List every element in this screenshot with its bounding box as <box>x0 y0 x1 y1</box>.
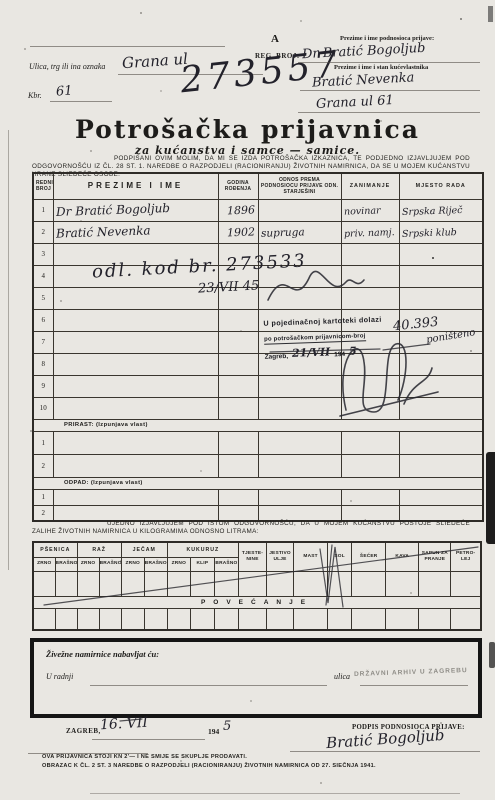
empty-cell <box>53 309 218 331</box>
empty-cell <box>144 571 167 596</box>
empty-cell <box>218 375 258 397</box>
empty-cell <box>399 397 483 419</box>
empty-cell <box>399 454 483 477</box>
col-tjestenine: TJESTE-NINE <box>238 542 266 571</box>
person-row: 2 Bratić Nevenka 1902 supruga priv. namj… <box>33 221 483 243</box>
supplies-row <box>33 571 481 596</box>
empty-cell <box>258 397 341 419</box>
person-workplace-handwriting: Srpska Riječ <box>401 205 462 218</box>
empty-cell <box>218 397 258 419</box>
supplies-declaration: UJEDNO IZJAVLJUJEM POD ISTOM ODGOVORNOŠĆ… <box>32 520 470 536</box>
sub-zrno: ZRNO <box>77 557 99 571</box>
empty-cell <box>341 431 399 454</box>
empty-cell <box>218 505 258 521</box>
empty-cell <box>386 608 419 630</box>
applicant-signature-handwriting: Bratić Bogoljub <box>326 726 445 752</box>
sub-zrno: ZRNO <box>33 557 55 571</box>
procurement-intro: Živežne namirnice nabavljat ću: <box>46 649 159 659</box>
person-workplace-handwriting: Srpski klub <box>401 227 456 240</box>
empty-cell <box>419 608 451 630</box>
row-number: 2 <box>33 454 53 477</box>
empty-cell <box>99 608 121 630</box>
empty-cell <box>386 571 419 596</box>
empty-cell <box>258 489 341 505</box>
scan-noise <box>0 0 2 2</box>
empty-cell <box>121 571 144 596</box>
empty-cell <box>77 608 99 630</box>
row-number: 4 <box>33 265 53 287</box>
empty-cell <box>214 608 238 630</box>
header-redni-broj: REDNI BROJ <box>33 173 53 199</box>
header-mjesto-rada: MJESTO RADA <box>399 173 483 199</box>
office-note-date-handwriting: 23/VII 45 <box>198 278 260 296</box>
empty-cell <box>33 571 55 596</box>
empty-cell <box>53 397 218 419</box>
empty-cell <box>294 608 328 630</box>
empty-cell <box>218 454 258 477</box>
kbr-value-handwriting: 61 <box>55 83 73 99</box>
empty-cell <box>451 571 481 596</box>
empty-cell <box>341 454 399 477</box>
ulica-label: ulica <box>334 672 350 681</box>
empty-cell <box>267 608 294 630</box>
footer-city-label: ZAGREB, <box>66 727 101 735</box>
sub-brasno: BRAŠNO <box>214 557 238 571</box>
empty-cell <box>53 353 218 375</box>
odpad-row: 2 <box>33 505 483 521</box>
empty-cell <box>294 571 328 596</box>
group-psenica: PŠENICA <box>33 542 77 557</box>
empty-cell <box>267 571 294 596</box>
row-number: 2 <box>33 221 53 243</box>
empty-cell <box>55 571 77 596</box>
person-name-handwriting: Bratić Nevenka <box>55 223 150 240</box>
archive-stamp: DRŽAVNI ARHIV U ZAGREBU <box>354 667 468 678</box>
prirast-row: 2 <box>33 454 483 477</box>
col-petrolej: PETRO-LEJ <box>451 542 481 571</box>
row-number: 2 <box>33 505 53 521</box>
empty-cell <box>53 331 218 353</box>
scanned-form-page: Ulica, trg ili ina oznaka Grana ul Kbr. … <box>0 0 495 800</box>
empty-cell <box>238 571 266 596</box>
odpad-section-label: ODPAD: (Izpunjava vlast) <box>33 477 483 489</box>
empty-cell <box>258 375 341 397</box>
empty-cell <box>218 309 258 331</box>
empty-cell <box>53 489 218 505</box>
col-secer: ŠEĆER <box>352 542 386 571</box>
owner-address-line <box>298 112 480 113</box>
supplies-table: PŠENICA RAŽ JEČAM KUKURUZ TJESTE-NINE JE… <box>32 541 482 631</box>
empty-cell <box>55 608 77 630</box>
ulica-line <box>360 685 468 686</box>
person-relation-handwriting: supruga <box>260 226 304 240</box>
owner-address-handwriting: Grana ul 61 <box>316 93 394 112</box>
empty-cell <box>399 243 483 265</box>
empty-cell <box>341 375 399 397</box>
stamp-year: 194 <box>334 351 345 358</box>
empty-cell <box>258 505 341 521</box>
fineprint-regulation: OBRAZAC K ČL. 2 ST. 3 NAREDBE O RAZPODJE… <box>42 763 376 769</box>
supplies-row <box>33 608 481 630</box>
col-mast: MAST <box>294 542 328 571</box>
empty-cell <box>167 571 190 596</box>
form-title: Potrošačka prijavnica <box>0 115 495 144</box>
row-number: 6 <box>33 309 53 331</box>
applicant-line <box>298 62 480 63</box>
row-number: 3 <box>33 243 53 265</box>
empty-cell <box>341 489 399 505</box>
empty-cell <box>53 454 218 477</box>
empty-cell <box>352 571 386 596</box>
empty-cell <box>399 375 483 397</box>
col-kava: KAVA <box>386 542 419 571</box>
sub-brasno: BRAŠNO <box>99 557 121 571</box>
procurement-box: Živežne namirnice nabavljat ću: U radnji… <box>30 638 482 718</box>
empty-cell <box>451 608 481 630</box>
blank-line <box>30 46 225 47</box>
povecanje-band: POVEĆANJE <box>33 596 481 608</box>
section-marker: A <box>271 33 279 45</box>
empty-cell <box>218 353 258 375</box>
empty-cell <box>33 608 55 630</box>
empty-cell <box>167 608 190 630</box>
row-number: 5 <box>33 287 53 309</box>
person-row: 9 <box>33 375 483 397</box>
empty-cell <box>53 505 218 521</box>
col-sapun: SAPUN ZA PRANJE <box>419 542 451 571</box>
empty-cell <box>399 353 483 375</box>
owner-line <box>300 90 480 91</box>
sub-klip: KLIP <box>190 557 214 571</box>
empty-cell <box>341 265 399 287</box>
sub-zrno: ZRNO <box>121 557 144 571</box>
person-name-handwriting: Dr Bratić Bogoljub <box>55 201 169 219</box>
empty-cell <box>341 243 399 265</box>
person-row: 1 Dr Bratić Bogoljub 1896 novinar Srpska… <box>33 199 483 221</box>
bottom-faint-line <box>90 793 460 794</box>
footer-year: 194 <box>208 727 219 736</box>
stamp-line2: po potrošačkom prijavnicom-broj <box>264 333 366 345</box>
header-godina: GODINA ROĐENJA <box>218 173 258 199</box>
group-kukuruz: KUKURUZ <box>167 542 238 557</box>
header-odnos: ODNOS PREMA PODNOSIOCU PRIJAVE ODN. STAR… <box>258 173 341 199</box>
empty-cell <box>399 505 483 521</box>
stamp-year-handwriting: 5 <box>349 345 357 358</box>
row-number: 9 <box>33 375 53 397</box>
empty-cell <box>328 608 352 630</box>
sub-brasno: BRAŠNO <box>144 557 167 571</box>
row-number: 10 <box>33 397 53 419</box>
empty-cell <box>53 375 218 397</box>
scan-artifact-right-mark <box>489 642 495 668</box>
empty-cell <box>190 608 214 630</box>
shop-label: U radnji <box>46 672 73 681</box>
row-number: 1 <box>33 431 53 454</box>
footer-year-handwriting: 5 <box>223 719 231 734</box>
row-number: 1 <box>33 199 53 221</box>
scan-artifact-corner-mark <box>488 6 493 22</box>
footer-date-handwriting: 16. VII <box>100 715 149 733</box>
empty-cell <box>419 571 451 596</box>
shop-line <box>90 685 327 686</box>
group-jecam: JEČAM <box>121 542 167 557</box>
empty-cell <box>99 571 121 596</box>
person-born-handwriting: 1896 <box>220 203 254 217</box>
footer-date-line <box>92 739 205 740</box>
empty-cell <box>258 454 341 477</box>
col-sol: SOL <box>328 542 352 571</box>
empty-cell <box>214 571 238 596</box>
person-occupation-handwriting: priv. namj. <box>343 227 394 240</box>
stamp-date-handwriting: 21/VII <box>292 345 331 359</box>
empty-cell <box>238 608 266 630</box>
scan-artifact-left-line <box>8 130 9 570</box>
applicant-handwriting: Dr Bratić Bogoljub <box>302 41 426 62</box>
prirast-section-label: PRIRAST: (Izpunjava vlast) <box>33 419 483 431</box>
stamp-city: Zagreb, <box>265 353 289 361</box>
empty-cell <box>77 571 99 596</box>
signature-line <box>290 751 480 752</box>
empty-cell <box>218 431 258 454</box>
empty-cell <box>53 287 218 309</box>
person-occupation-handwriting: novinar <box>343 205 380 217</box>
empty-cell <box>352 608 386 630</box>
col-jestivo-ulje: JESTIVO ULJE <box>267 542 294 571</box>
empty-cell <box>258 431 341 454</box>
supplies-table-wrap: PŠENICA RAŽ JEČAM KUKURUZ TJESTE-NINE JE… <box>32 541 482 631</box>
empty-cell <box>341 287 399 309</box>
empty-cell <box>399 265 483 287</box>
person-born-handwriting: 1902 <box>220 225 254 239</box>
street-label: Ulica, trg ili ina oznaka <box>29 62 105 71</box>
kbr-line <box>50 101 112 102</box>
empty-cell <box>144 608 167 630</box>
person-row: 10 <box>33 397 483 419</box>
person-row: 8 <box>33 353 483 375</box>
header-prezime-ime: PREZIME I IME <box>53 173 218 199</box>
sub-zrno: ZRNO <box>167 557 190 571</box>
empty-cell <box>218 489 258 505</box>
empty-cell <box>328 571 352 596</box>
empty-cell <box>218 331 258 353</box>
empty-cell <box>399 489 483 505</box>
row-number: 7 <box>33 331 53 353</box>
empty-cell <box>190 571 214 596</box>
group-raz: RAŽ <box>77 542 121 557</box>
kbr-label: Kbr. <box>28 91 42 100</box>
empty-cell <box>258 287 341 309</box>
header-zanimanje: ZANIMANJE <box>341 173 399 199</box>
fineprint-price: OVA PRIJAVNICA STOJI KN 2'— I NE SMIJE S… <box>42 754 247 760</box>
sub-brasno: BRAŠNO <box>55 557 77 571</box>
prirast-row: 1 <box>33 431 483 454</box>
odpad-row: 1 <box>33 489 483 505</box>
owner-label: Prezime i ime i stan kućevlastnika <box>334 64 428 71</box>
empty-cell <box>121 608 144 630</box>
empty-cell <box>53 431 218 454</box>
empty-cell <box>341 505 399 521</box>
empty-cell <box>399 431 483 454</box>
scan-artifact-right-blob <box>486 452 495 544</box>
empty-cell <box>399 287 483 309</box>
row-number: 8 <box>33 353 53 375</box>
row-number: 1 <box>33 489 53 505</box>
empty-cell <box>341 397 399 419</box>
